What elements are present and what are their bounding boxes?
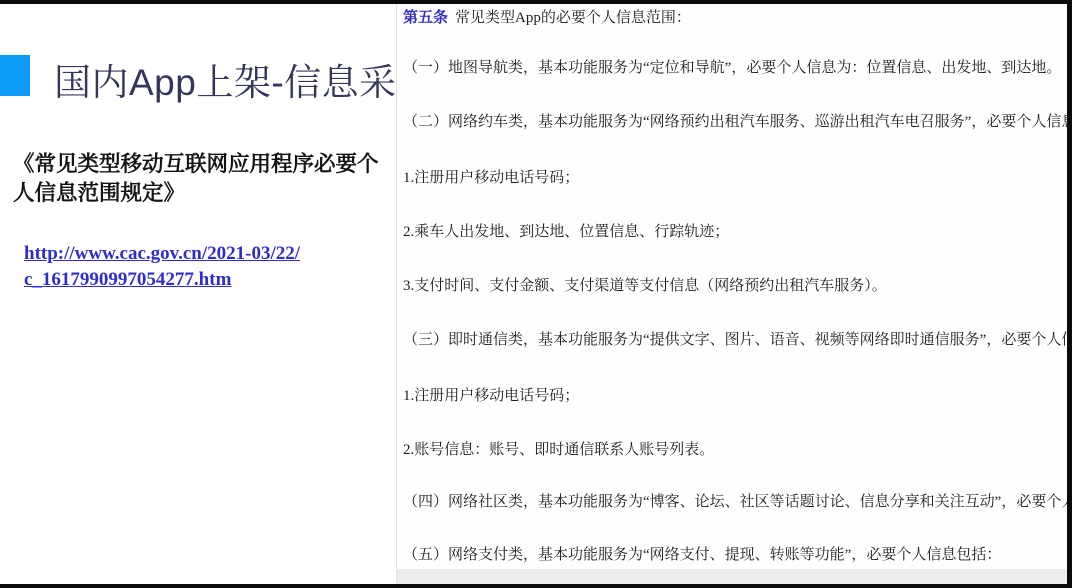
document-footer-band	[397, 569, 1068, 584]
document-paragraph: 1.注册用户移动电话号码；	[403, 168, 1068, 189]
document-paragraph: 2.账号信息：账号、即时通信联系人账号列表。	[403, 440, 1068, 461]
accent-square	[0, 55, 30, 96]
document-paragraph: 2.乘车人出发地、到达地、位置信息、行踪轨迹；	[403, 222, 1068, 243]
regulation-title-line-2: 人信息范围规定》	[13, 181, 185, 205]
regulation-link[interactable]: http://www.cac.gov.cn/2021-03/22/ c_1617…	[24, 241, 300, 293]
regulation-title: 《常见类型移动互联网应用程序必要个 人信息范围规定》	[13, 150, 391, 208]
document-paragraph: （四）网络社区类，基本功能服务为“博客、论坛、社区等话题讨论、信息分享和关注互动…	[403, 492, 1068, 513]
document-paragraph: （三）即时通信类，基本功能服务为“提供文字、图片、语音、视频等网络即时通信服务”…	[403, 330, 1068, 351]
frame-edge-right	[1067, 0, 1072, 588]
document-panel: 第五条常见类型App的必要个人信息范围： （一）地图导航类，基本功能服务为“定位…	[396, 0, 1068, 584]
regulation-title-line-1: 《常见类型移动互联网应用程序必要个	[13, 152, 379, 176]
document-paragraph: （一）地图导航类，基本功能服务为“定位和导航”，必要个人信息为：位置信息、出发地…	[403, 58, 1068, 79]
document-paragraph: 1.注册用户移动电话号码；	[403, 386, 1068, 407]
slide-canvas: 国内App上架-信息采集 《常见类型移动互联网应用程序必要个 人信息范围规定》 …	[0, 0, 1072, 588]
regulation-link-line-2: c_1617990997054277.htm	[24, 269, 231, 290]
document-heading: 第五条常见类型App的必要个人信息范围：	[403, 8, 1068, 29]
document-paragraph: 3.支付时间、支付金额、支付渠道等支付信息（网络预约出租汽车服务）。	[403, 276, 1068, 297]
article-number-label: 第五条	[403, 10, 448, 26]
left-panel: 国内App上架-信息采集 《常见类型移动互联网应用程序必要个 人信息范围规定》 …	[0, 0, 396, 588]
slide-title: 国内App上架-信息采集	[54, 52, 434, 106]
frame-edge-top	[0, 0, 1072, 4]
article-heading-text: 常见类型App的必要个人信息范围：	[455, 10, 691, 26]
regulation-link-line-1: http://www.cac.gov.cn/2021-03/22/	[24, 243, 300, 264]
document-paragraph: （五）网络支付类，基本功能服务为“网络支付、提现、转账等功能”，必要个人信息包括…	[403, 545, 1068, 566]
document-paragraph: （二）网络约车类，基本功能服务为“网络预约出租汽车服务、巡游出租汽车电召服务”，…	[403, 112, 1068, 133]
frame-edge-bottom	[0, 584, 1072, 588]
